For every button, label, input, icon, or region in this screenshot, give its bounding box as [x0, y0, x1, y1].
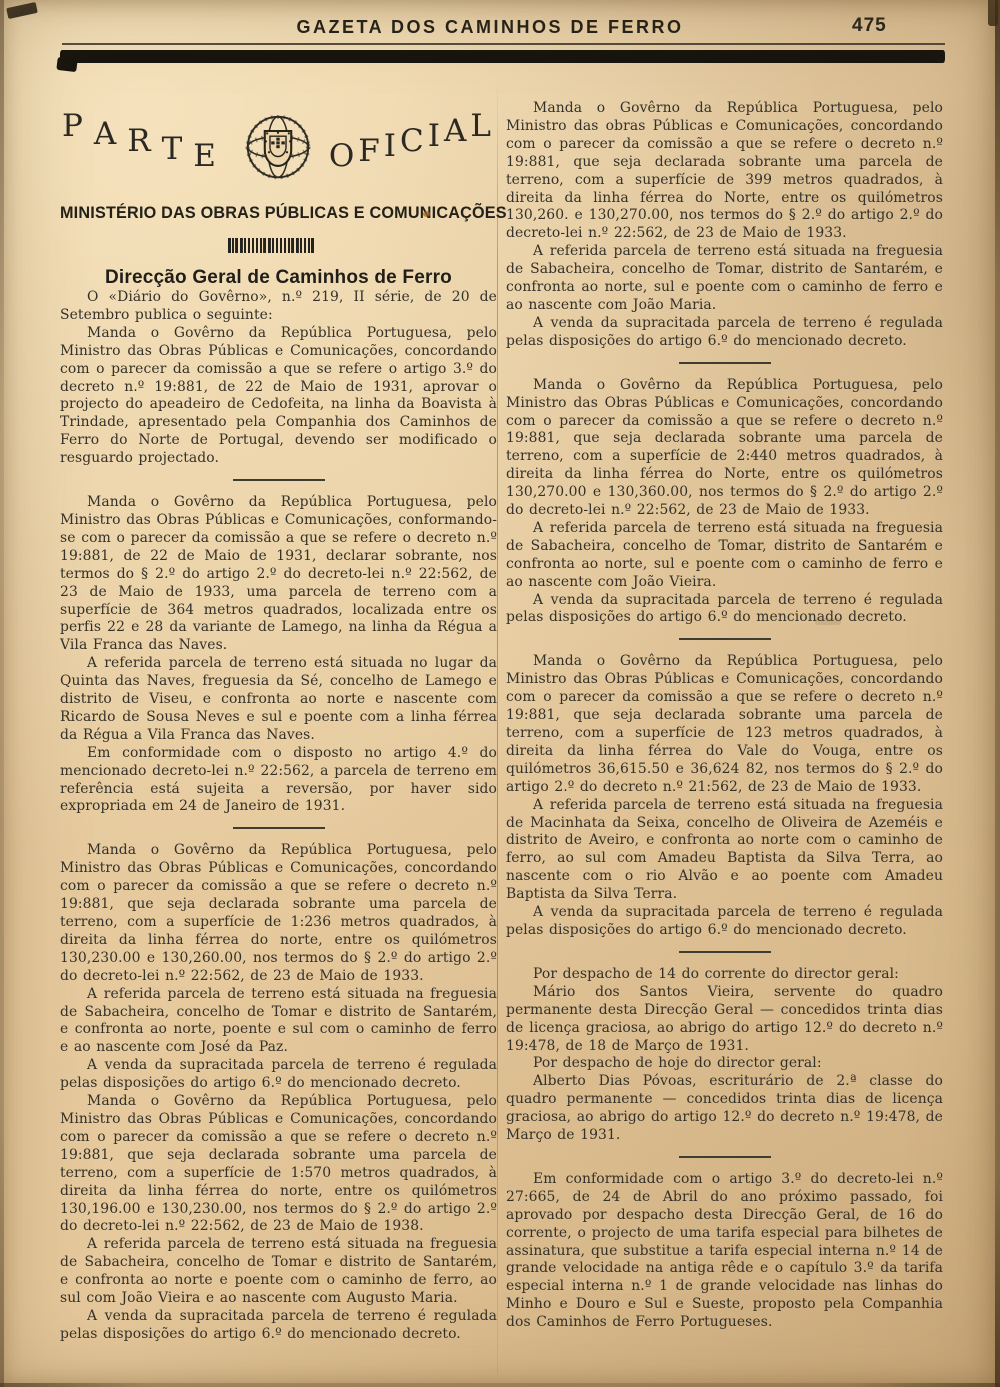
paragraph: Em conformidade com o disposto no artigo…: [60, 745, 497, 817]
paragraph: Mário dos Santos Vieira, servente do qua…: [506, 984, 943, 1056]
masthead-word-parte: PARTE: [62, 108, 227, 144]
scan-artifact: [815, 618, 841, 625]
barcode-ornament: [228, 238, 314, 253]
paragraph: Por despacho de hoje do director geral:: [506, 1055, 943, 1073]
scan-artifact: [0, 1383, 1000, 1387]
right-column: Manda o Govêrno da República Portuguesa,…: [506, 100, 943, 1332]
masthead: PARTE: [60, 100, 497, 196]
scanned-gazette-page: GAZETA DOS CAMINHOS DE FERRO 475 PARTE: [0, 0, 1000, 1387]
paragraph: A venda da supracitada parcela de terren…: [60, 1308, 497, 1344]
paragraph: Alberto Dias Póvoas, escriturário de 2.ª…: [506, 1073, 943, 1145]
masthead-word-oficial: OFICIAL: [329, 108, 495, 144]
left-column: PARTE: [60, 100, 497, 1344]
paragraph: A referida parcela de terreno está situa…: [60, 655, 497, 745]
scan-artifact: [0, 0, 4, 1387]
paragraph: A venda da supracitada parcela de terren…: [506, 315, 943, 351]
paragraph: Manda o Govêrno da República Portuguesa,…: [60, 494, 497, 655]
paragraph: A referida parcela de terreno está situa…: [506, 243, 943, 315]
coat-of-arms-icon: [244, 112, 312, 184]
paragraph: A referida parcela de terreno está situa…: [60, 986, 497, 1058]
separator-rule: [679, 951, 771, 953]
separator-rule: [233, 827, 325, 829]
section-heading: Direcção Geral de Caminhos de Ferro: [60, 267, 497, 289]
paragraph: A referida parcela de terreno está situa…: [506, 520, 943, 592]
ministry-heading: MINISTÉRIO DAS OBRAS PÚBLICAS E COMUNICA…: [60, 204, 497, 223]
paragraph: A venda da supracitada parcela de terren…: [506, 904, 943, 940]
scan-artifact: [988, 0, 998, 26]
header-rule-bar: [60, 50, 945, 63]
column-divider-rule: [497, 74, 498, 1374]
scan-artifact: [995, 0, 1000, 1387]
paragraph: A venda da supracitada parcela de terren…: [506, 592, 943, 628]
paragraph: Manda o Govêrno da República Portuguesa,…: [60, 1093, 497, 1236]
separator-rule: [233, 479, 325, 481]
paragraph: O «Diário do Govêrno», n.º 219, II série…: [60, 289, 497, 325]
paragraph: A venda da supracitada parcela de terren…: [60, 1057, 497, 1093]
paragraph: Por despacho de 14 do corrente do direct…: [506, 966, 943, 984]
page-number: 475: [852, 15, 887, 37]
header-rule-thin: [62, 43, 945, 45]
ink-stain: [423, 211, 430, 217]
paragraph: Em conformidade com o artigo 3.º do decr…: [506, 1171, 943, 1332]
paragraph: A referida parcela de terreno está situa…: [506, 797, 943, 904]
paragraph: Manda o Govêrno da República Portuguesa,…: [506, 653, 943, 796]
separator-rule: [679, 638, 771, 640]
paragraph: Manda o Govêrno da República Portuguesa,…: [60, 842, 497, 985]
journal-title: GAZETA DOS CAMINHOS DE FERRO: [0, 17, 980, 38]
separator-rule: [679, 1156, 771, 1158]
paragraph: Manda o Govêrno da República Portuguesa,…: [506, 377, 943, 520]
paragraph: Manda o Govêrno da República Portuguesa,…: [60, 325, 497, 468]
paragraph: A referida parcela de terreno está situa…: [60, 1236, 497, 1308]
paragraph: Manda o Govêrno da República Portuguesa,…: [506, 100, 943, 243]
separator-rule: [679, 362, 771, 364]
